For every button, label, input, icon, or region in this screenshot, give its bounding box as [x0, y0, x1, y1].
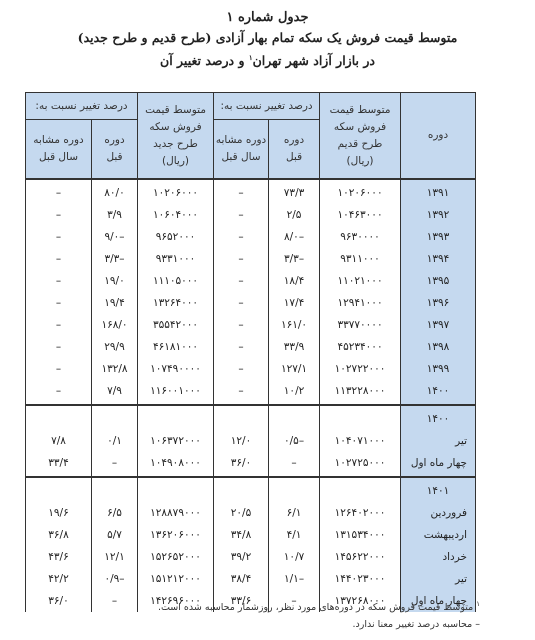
cell-new-yoy: – — [26, 270, 91, 292]
header-old-price: متوسط قیمتفروش سکهطرح قدیم(ریال) — [320, 93, 401, 180]
cell-new-yoy: ۷/۸ — [26, 430, 91, 452]
cell-new-yoy: – — [26, 358, 91, 380]
cell-period: ۱۴۰۰ — [401, 380, 475, 402]
cell-period: ۱۳۹۲ — [401, 204, 475, 226]
cell-old-yoy: ۱۲/۰ — [214, 430, 268, 452]
cell-old-price: ۹۳۱۱۰۰۰ — [320, 248, 400, 270]
cell-old-yoy: – — [214, 204, 268, 226]
column-period: ۱۴۰۰تیرچهار ماه اول — [401, 405, 476, 477]
cell-new-prev: –۳/۳ — [92, 248, 137, 270]
cell-old-prev: –۱/۱ — [269, 568, 319, 590]
cell-old-price: ۱۴۴۰۲۳۰۰۰ — [320, 568, 400, 590]
footnotes: ۱ متوسط قیمت فروش سکه در دوره‌های مورد ن… — [60, 596, 480, 633]
cell-new-prev: –۹/۰ — [92, 226, 137, 248]
cell-new-price: ۱۳۶۲۰۶۰۰۰ — [138, 524, 213, 546]
cell-period: ۱۳۹۱ — [401, 182, 475, 204]
cell-old-yoy: ۳۶/۰ — [214, 452, 268, 474]
cell-old-yoy: ۲۰/۵ — [214, 502, 268, 524]
column-old-prev: –۰/۵– — [269, 405, 320, 477]
footnote-dash: – محاسبه درصد تغییر معنا ندارد. — [60, 616, 480, 633]
cell-old-yoy: – — [214, 314, 268, 336]
column-period: ۱۳۹۱۱۳۹۲۱۳۹۳۱۳۹۴۱۳۹۵۱۳۹۶۱۳۹۷۱۳۹۸۱۳۹۹۱۴۰۰ — [401, 179, 476, 405]
cell-period: ۱۳۹۷ — [401, 314, 475, 336]
table-number: جدول شماره ۱ — [0, 8, 535, 28]
header-old-change-group: درصد تغییر نسبت به: — [214, 93, 320, 120]
cell-old-prev: –۰/۵ — [269, 430, 319, 452]
cell-old-prev: ۲/۵ — [269, 204, 319, 226]
cell-new-yoy: ۱۹/۶ — [26, 502, 91, 524]
blank-line — [214, 480, 268, 502]
cell-old-yoy: ۳۹/۲ — [214, 546, 268, 568]
column-old-yoy: –––––––––– — [214, 179, 269, 405]
cell-new-prev: ۳/۹ — [92, 204, 137, 226]
table-title-line2: متوسط قیمت فروش یک سکه تمام بهار آزادی (… — [0, 28, 535, 48]
cell-period: تیر — [401, 568, 475, 590]
cell-new-price: ۱۰۷۴۹۰۰۰۰ — [138, 358, 213, 380]
cell-new-prev: ۶/۵ — [92, 502, 137, 524]
cell-old-price: ۳۳۷۷۰۰۰۰ — [320, 314, 400, 336]
column-new-prev: ۰/۱– — [92, 405, 138, 477]
cell-new-yoy: ۳۳/۴ — [26, 452, 91, 474]
header-old-same-period-last-year: دوره مشابهسال قبل — [214, 120, 269, 180]
cell-old-price: ۱۲۶۴۰۲۰۰۰ — [320, 502, 400, 524]
cell-period: تیر — [401, 430, 475, 452]
cell-new-prev: –۰/۹ — [92, 568, 137, 590]
blank-line — [26, 408, 91, 430]
blank-line — [92, 480, 137, 502]
table-section-row: ۱۴۰۱فروردیناردیبهشتخردادتیرچهار ماه اول۱… — [26, 477, 476, 612]
cell-period: فروردین — [401, 502, 475, 524]
cell-new-prev: ۱۶۸/۰ — [92, 314, 137, 336]
blank-line — [214, 408, 268, 430]
column-old-yoy: ۲۰/۵۳۴/۸۳۹/۲۳۸/۴۳۳/۶ — [214, 477, 269, 612]
cell-old-yoy: – — [214, 380, 268, 402]
cell-old-price: ۱۰۲۷۲۲۰۰۰ — [320, 358, 400, 380]
cell-old-prev: ۱۲۷/۱ — [269, 358, 319, 380]
column-new-yoy: ۱۹/۶۳۶/۸۴۳/۶۴۲/۲۳۶/۰ — [26, 477, 92, 612]
column-new-price: ۱۰۲۰۶۰۰۰۱۰۶۰۴۰۰۰۹۶۵۲۰۰۰۹۳۳۱۰۰۰۱۱۱۰۵۰۰۰۱۳… — [138, 179, 214, 405]
column-new-yoy: ۷/۸۳۳/۴ — [26, 405, 92, 477]
cell-old-prev: ۱۸/۴ — [269, 270, 319, 292]
table-section-row: ۱۴۰۰تیرچهار ماه اول۱۰۴۰۷۱۰۰۰۱۰۲۷۲۵۰۰۰–۰/… — [26, 405, 476, 477]
table-title-line3: در بازار آزاد شهر تهران۱ و درصد تغییر آن — [0, 48, 535, 71]
cell-old-yoy: ۳۴/۸ — [214, 524, 268, 546]
cell-old-yoy: – — [214, 358, 268, 380]
cell-new-price: ۱۳۲۶۴۰۰۰ — [138, 292, 213, 314]
cell-old-price: ۴۵۲۳۴۰۰۰ — [320, 336, 400, 358]
cell-period: ۱۳۹۵ — [401, 270, 475, 292]
cell-new-prev: ۱۹/۰ — [92, 270, 137, 292]
cell-old-prev: ۱۶۱/۰ — [269, 314, 319, 336]
cell-new-price: ۹۳۳۱۰۰۰ — [138, 248, 213, 270]
cell-old-prev: –۳/۳ — [269, 248, 319, 270]
cell-old-prev: ۷۳/۳ — [269, 182, 319, 204]
column-old-price: ۱۰۴۰۷۱۰۰۰۱۰۲۷۲۵۰۰۰ — [320, 405, 401, 477]
cell-old-prev: ۳۳/۹ — [269, 336, 319, 358]
cell-old-prev: ۴/۱ — [269, 524, 319, 546]
cell-new-price: ۱۰۲۰۶۰۰۰ — [138, 182, 213, 204]
header-new-same-period-last-year: دوره مشابهسال قبل — [26, 120, 92, 180]
cell-new-prev: ۸۰/۰ — [92, 182, 137, 204]
cell-old-prev: –۸/۰ — [269, 226, 319, 248]
cell-old-yoy: – — [214, 292, 268, 314]
header-new-change-group: درصد تغییر نسبت به: — [26, 93, 138, 120]
year-label: ۱۴۰۰ — [401, 408, 475, 430]
blank-line — [320, 408, 400, 430]
cell-new-yoy: ۴۲/۲ — [26, 568, 91, 590]
column-old-prev: ۷۳/۳۲/۵–۸/۰–۳/۳۱۸/۴۱۷/۴۱۶۱/۰۳۳/۹۱۲۷/۱۱۰/… — [269, 179, 320, 405]
table-title: جدول شماره ۱ متوسط قیمت فروش یک سکه تمام… — [0, 8, 535, 71]
cell-old-price: ۱۰۲۷۲۵۰۰۰ — [320, 452, 400, 474]
cell-old-prev: ۶/۱ — [269, 502, 319, 524]
cell-new-prev: ۰/۱ — [92, 430, 137, 452]
cell-period: ۱۳۹۹ — [401, 358, 475, 380]
cell-period: ۱۳۹۶ — [401, 292, 475, 314]
column-new-price: ۱۰۶۳۷۲۰۰۰۱۰۴۹۰۸۰۰۰ — [138, 405, 214, 477]
year-1400-section: ۱۴۰۰تیرچهار ماه اول۱۰۴۰۷۱۰۰۰۱۰۲۷۲۵۰۰۰–۰/… — [26, 405, 476, 477]
cell-new-price: ۱۲۸۸۷۹۰۰۰ — [138, 502, 213, 524]
cell-period: ۱۳۹۳ — [401, 226, 475, 248]
cell-new-price: ۱۰۶۰۴۰۰۰ — [138, 204, 213, 226]
cell-new-yoy: – — [26, 380, 91, 402]
header-new-prev-period: دورهقبل — [92, 120, 138, 180]
cell-old-yoy: – — [214, 182, 268, 204]
annual-section: ۱۳۹۱۱۳۹۲۱۳۹۳۱۳۹۴۱۳۹۵۱۳۹۶۱۳۹۷۱۳۹۸۱۳۹۹۱۴۰۰… — [26, 179, 476, 405]
cell-old-price: ۱۰۴۶۳۰۰۰ — [320, 204, 400, 226]
cell-new-prev: ۲۹/۹ — [92, 336, 137, 358]
cell-old-prev: – — [269, 452, 319, 474]
header-new-price: متوسط قیمتفروش سکهطرح جدید(ریال) — [138, 93, 214, 180]
cell-period: اردیبهشت — [401, 524, 475, 546]
coin-price-table: دوره متوسط قیمتفروش سکهطرح قدیم(ریال) در… — [25, 92, 476, 612]
cell-period: چهار ماه اول — [401, 452, 475, 474]
cell-old-yoy: – — [214, 336, 268, 358]
cell-new-price: ۹۶۵۲۰۰۰ — [138, 226, 213, 248]
column-new-yoy: –––––––––– — [26, 179, 92, 405]
cell-new-yoy: – — [26, 204, 91, 226]
cell-new-yoy: – — [26, 292, 91, 314]
blank-line — [138, 480, 213, 502]
cell-new-price: ۱۵۱۲۱۲۰۰۰ — [138, 568, 213, 590]
cell-new-price: ۱۰۶۳۷۲۰۰۰ — [138, 430, 213, 452]
header-old-prev-period: دورهقبل — [269, 120, 320, 180]
column-new-price: ۱۲۸۸۷۹۰۰۰۱۳۶۲۰۶۰۰۰۱۵۲۶۵۲۰۰۰۱۵۱۲۱۲۰۰۰۱۴۲۶… — [138, 477, 214, 612]
table-section-row: ۱۳۹۱۱۳۹۲۱۳۹۳۱۳۹۴۱۳۹۵۱۳۹۶۱۳۹۷۱۳۹۸۱۳۹۹۱۴۰۰… — [26, 179, 476, 405]
cell-old-price: ۱۳۱۵۳۴۰۰۰ — [320, 524, 400, 546]
cell-old-yoy: ۳۸/۴ — [214, 568, 268, 590]
year-1401-section: ۱۴۰۱فروردیناردیبهشتخردادتیرچهار ماه اول۱… — [26, 477, 476, 612]
cell-new-price: ۳۵۵۴۲۰۰۰ — [138, 314, 213, 336]
column-new-prev: ۶/۵۵/۷۱۲/۱–۰/۹– — [92, 477, 138, 612]
blank-line — [26, 480, 91, 502]
cell-new-prev: – — [92, 452, 137, 474]
header-period: دوره — [401, 93, 476, 180]
cell-old-yoy: – — [214, 248, 268, 270]
cell-old-prev: ۱۷/۴ — [269, 292, 319, 314]
cell-new-prev: ۱۲/۱ — [92, 546, 137, 568]
cell-old-price: ۱۰۴۰۷۱۰۰۰ — [320, 430, 400, 452]
cell-new-prev: ۱۳۲/۸ — [92, 358, 137, 380]
cell-period: ۱۳۹۸ — [401, 336, 475, 358]
cell-new-price: ۱۱۱۰۵۰۰۰ — [138, 270, 213, 292]
footnote-1: ۱ متوسط قیمت فروش سکه در دوره‌های مورد ن… — [60, 596, 480, 616]
blank-line — [269, 408, 319, 430]
cell-new-price: ۱۱۶۰۰۱۰۰۰ — [138, 380, 213, 402]
blank-line — [269, 480, 319, 502]
cell-new-price: ۴۶۱۸۱۰۰۰ — [138, 336, 213, 358]
cell-old-yoy: – — [214, 226, 268, 248]
cell-old-price: ۱۲۹۴۱۰۰۰ — [320, 292, 400, 314]
blank-line — [138, 408, 213, 430]
cell-period: خرداد — [401, 546, 475, 568]
cell-old-price: ۱۱۰۲۱۰۰۰ — [320, 270, 400, 292]
blank-line — [320, 480, 400, 502]
cell-new-yoy: ۳۶/۸ — [26, 524, 91, 546]
cell-new-yoy: – — [26, 336, 91, 358]
cell-new-yoy: ۴۳/۶ — [26, 546, 91, 568]
cell-new-price: ۱۰۴۹۰۸۰۰۰ — [138, 452, 213, 474]
column-new-prev: ۸۰/۰۳/۹–۹/۰–۳/۳۱۹/۰۱۹/۴۱۶۸/۰۲۹/۹۱۳۲/۸۷/۹ — [92, 179, 138, 405]
column-old-yoy: ۱۲/۰۳۶/۰ — [214, 405, 269, 477]
blank-line — [92, 408, 137, 430]
column-old-price: ۱۰۲۰۶۰۰۰۱۰۴۶۳۰۰۰۹۶۳۰۰۰۰۹۳۱۱۰۰۰۱۱۰۲۱۰۰۰۱۲… — [320, 179, 401, 405]
cell-new-prev: ۵/۷ — [92, 524, 137, 546]
column-old-price: ۱۲۶۴۰۲۰۰۰۱۳۱۵۳۴۰۰۰۱۴۵۶۲۲۰۰۰۱۴۴۰۲۳۰۰۰۱۳۷۲… — [320, 477, 401, 612]
year-label: ۱۴۰۱ — [401, 480, 475, 502]
cell-new-yoy: – — [26, 248, 91, 270]
column-old-prev: ۶/۱۴/۱۱۰/۷–۱/۱– — [269, 477, 320, 612]
column-period: ۱۴۰۱فروردیناردیبهشتخردادتیرچهار ماه اول — [401, 477, 476, 612]
cell-old-prev: ۱۰/۷ — [269, 546, 319, 568]
cell-new-yoy: – — [26, 314, 91, 336]
cell-old-price: ۱۱۳۲۲۸۰۰۰ — [320, 380, 400, 402]
cell-period: ۱۳۹۴ — [401, 248, 475, 270]
cell-new-yoy: – — [26, 182, 91, 204]
cell-old-yoy: – — [214, 270, 268, 292]
cell-old-price: ۱۴۵۶۲۲۰۰۰ — [320, 546, 400, 568]
cell-new-prev: ۱۹/۴ — [92, 292, 137, 314]
cell-old-price: ۱۰۲۰۶۰۰۰ — [320, 182, 400, 204]
cell-old-price: ۹۶۳۰۰۰۰ — [320, 226, 400, 248]
cell-old-prev: ۱۰/۲ — [269, 380, 319, 402]
cell-new-prev: ۷/۹ — [92, 380, 137, 402]
cell-new-price: ۱۵۲۶۵۲۰۰۰ — [138, 546, 213, 568]
cell-new-yoy: – — [26, 226, 91, 248]
